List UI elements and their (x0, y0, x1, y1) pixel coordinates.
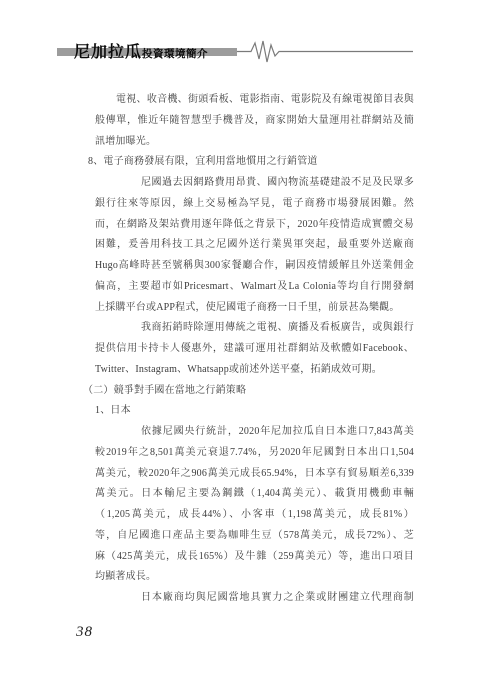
text-line: 較2019年之8,501萬美元衰退7.74%，另2020年尼國對日本出口1,50… (95, 443, 414, 464)
text-line: Twitter、Instagram、Whatsapp或前述外送平臺，拓銷成效可期… (95, 360, 414, 381)
text-line: 銀行往來等原因，線上交易極為罕見，電子商務市場發展困難。然 (95, 194, 414, 215)
page-number: 38 (76, 624, 93, 641)
text-line: 尼國過去因網路費用昂貴、國內物流基礎建設不足及民眾多未與 (141, 173, 414, 194)
text-line: 偏高，主要超市如Pricesmart、Walmart及La Colonia等均自… (95, 277, 414, 298)
text-line: 8、電子商務發展有限，宜利用當地慣用之行銷管道 (88, 152, 414, 173)
text-line: （1,205萬美元，成長44%）、小客車（1,198萬美元，成長81%） (95, 505, 414, 526)
document-page: 尼加拉瓜投資環境簡介 電視、收音機、街頭看板、電影指南、電影院及有線電視節目表與… (0, 0, 480, 679)
document-body: 電視、收音機、街頭看板、電影指南、電影院及有線電視節目表與一般傳單，惟近年隨智慧… (83, 90, 414, 609)
text-line: 等，自尼國進口產品主要為咖啡生豆（578萬美元，成長72%）、芝 (95, 526, 414, 547)
text-line: 萬美元，較2020年之906萬美元成長65.94%，日本享有貿易順差6,339 (95, 464, 414, 485)
text-line: 日本廠商均與尼國當地具實力之企業或財團建立代理商制度，在 (141, 588, 414, 609)
text-line: 上採購平台或APP程式，使尼國電子商務一日千里，前景甚為樂觀。 (95, 298, 414, 319)
text-line: 均顯著成長。 (95, 567, 414, 588)
text-line: 訊增加曝光。 (95, 132, 414, 153)
heartbeat-line-icon (237, 38, 414, 66)
page-title-main: 尼加拉瓜 (74, 44, 142, 61)
text-line: Hugo高峰時甚至號稱與300家餐廳合作，嗣因疫情緩解且外送業佣金 (95, 256, 414, 277)
text-line: 依據尼國央行統計，2020年尼加拉瓜自日本進口7,843萬美元， (141, 422, 414, 443)
text-line: 我商拓銷時除運用傳統之電視、廣播及看板廣告，或與銀行合作 (141, 318, 414, 339)
page-header: 尼加拉瓜投資環境簡介 (0, 0, 480, 80)
text-line: 1、日本 (95, 401, 414, 422)
text-line: 提供信用卡持卡人優惠外，建議可運用社群網站及軟體如Facebook、 (95, 339, 414, 360)
text-line: 而，在網路及架站費用逐年降低之背景下，2020年疫情造成實體交易 (95, 215, 414, 236)
page-title-sub: 投資環境簡介 (142, 48, 208, 60)
text-line: 般傳單，惟近年隨智慧型手機普及，商家開始大量運用社群網站及簡 (95, 111, 414, 132)
text-line: 電視、收音機、街頭看板、電影指南、電影院及有線電視節目表與一 (116, 90, 414, 111)
text-line: 萬美元。日本輸尼主要為鋼鐵（1,404萬美元）、載貨用機動車輛 (95, 484, 414, 505)
page-title: 尼加拉瓜投資環境簡介 (74, 39, 208, 61)
text-line: 困難，爰善用科技工具之尼國外送行業異軍突起，最重要外送廠商 (95, 235, 414, 256)
text-line: （二）競爭對手國在當地之行銷策略 (83, 381, 414, 402)
text-line: 麻（425萬美元，成長165%）及牛雜（259萬美元）等，進出口項目 (95, 547, 414, 568)
